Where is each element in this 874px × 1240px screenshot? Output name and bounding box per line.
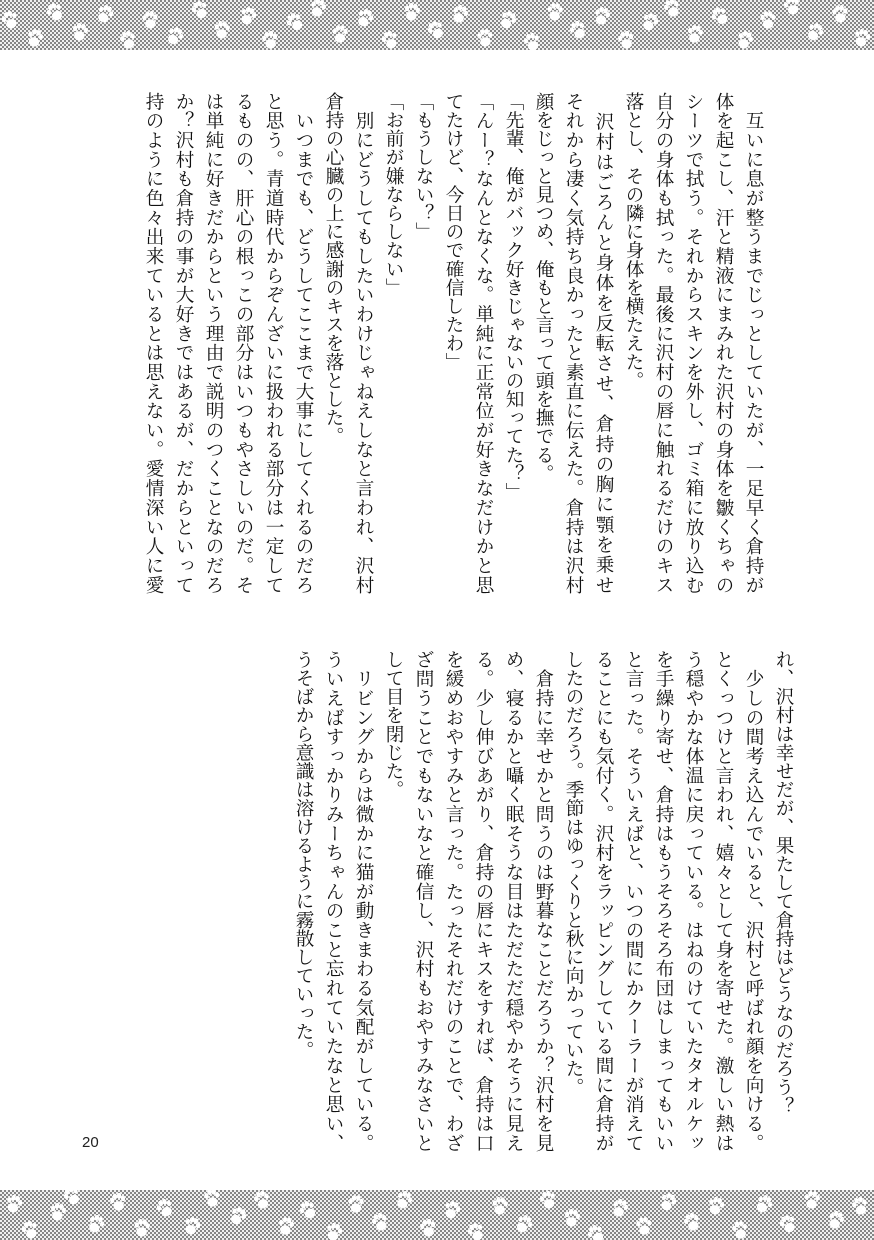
text-line: それから凄く気持ち良かったと素直に伝えた。倉持は沢村の xyxy=(558,92,588,594)
text-line: を手繰り寄せ、倉持はもうそろそろ布団はしまってもいいな xyxy=(648,650,678,1152)
text-line: 倉持の心臓の上に感謝のキスを落とした。 xyxy=(318,92,348,594)
text-line: ういえばすっかりみーちゃんのこと忘れていたなと思い、思 xyxy=(318,650,348,1152)
text-line: ざ問うことでもないなと確信し、沢村もおやすみなさいと返 xyxy=(408,650,438,1152)
bottom-paw-print-border xyxy=(0,1190,874,1240)
text-line: 互いに息が整うまでじっとしていたが、一足早く倉持が身 xyxy=(738,92,768,594)
dialogue-line: 「先輩、俺がバック好きじゃないの知ってた？」 xyxy=(498,92,528,594)
text-line: 持のように色々出来ているとは思えない。愛情深い人に愛さ xyxy=(138,92,168,594)
text-line: 自分の身体も拭った。最後に沢村の唇に触れるだけのキスを xyxy=(648,92,678,594)
text-line: か？沢村も倉持の事が大好きではあるが、だからといって倉 xyxy=(168,92,198,594)
text-line: は単純に好きだからという理由で説明のつくことなのだろう xyxy=(198,92,228,594)
page-number: 20 xyxy=(82,1134,99,1151)
top-paw-print-border xyxy=(0,0,874,50)
dialogue-line: てたけど、今日ので確信したわ」 xyxy=(438,92,468,594)
text-line: 少しの間考え込んでいると、沢村と呼ばれ顔を向ける。もっ xyxy=(738,650,768,1152)
text-line: 沢村はごろんと身体を反転させ、倉持の胸に顎を乗せる。 xyxy=(588,92,618,594)
text-line: とくっつけと言われ、嬉々として身を寄せた。激しい熱はも xyxy=(708,650,738,1152)
dialogue-line: 「んー？なんとなくな。単純に正常位が好きなだけかと思っ xyxy=(468,92,498,594)
text-line: シーツで拭う。それからスキンを外し、ゴミ箱に放り込むと xyxy=(678,92,708,594)
text-line: 倉持に幸せかと問うのは野暮なことだろうか？沢村を見つ xyxy=(528,650,558,1152)
text-line: れ、沢村は幸せだが、果たして倉持はどうなのだろう？ xyxy=(768,650,798,1152)
text-line: うそばから意識は溶けるように霧散していった。 xyxy=(288,650,318,1152)
text-line: め、寝るかと囁く眠そうな目はただただ穏やかそうに見え xyxy=(498,650,528,1152)
upper-text-block: 互いに息が整うまでじっとしていたが、一足早く倉持が身 体を起こし、汗と精液にまみ… xyxy=(138,92,768,594)
text-line: いつまでも、どうしてここまで大事にしてくれるのだろう xyxy=(288,92,318,594)
dialogue-line: 「もうしない？」 xyxy=(408,92,438,594)
text-line: と思う。青道時代からぞんざいに扱われる部分は一定してあ xyxy=(258,92,288,594)
text-line: リビングからは微かに猫が動きまわる気配がしている。そ xyxy=(348,650,378,1152)
text-line: る。少し伸びあがり、倉持の唇にキスをすれば、倉持は口元 xyxy=(468,650,498,1152)
text-line: 体を起こし、汗と精液にまみれた沢村の身体を皺くちゃの xyxy=(708,92,738,594)
paw-print-pattern-icon xyxy=(0,0,874,50)
text-line: 落とし、その隣に身体を横たえた。 xyxy=(618,92,648,594)
dialogue-line: 「お前が嫌ならしない」 xyxy=(378,92,408,594)
paw-print-pattern-icon xyxy=(0,1190,874,1240)
text-line: るものの、肝心の根っこの部分はいつもやさしいのだ。それ xyxy=(228,92,258,594)
text-line: と言った。そういえばと、いつの間にかクーラーが消えてい xyxy=(618,650,648,1152)
text-line: を緩めおやすみと言った。たったそれだけのことで、わざわ xyxy=(438,650,468,1152)
text-line: したのだろう。季節はゆっくりと秋に向かっていた。 xyxy=(558,650,588,1152)
text-line: ることにも気付く。沢村をラッピングしている間に倉持が消 xyxy=(588,650,618,1152)
lower-text-block: れ、沢村は幸せだが、果たして倉持はどうなのだろう？ 少しの間考え込んでいると、沢… xyxy=(288,650,798,1152)
text-line: う穏やかな体温に戻っている。はねのけていたタオルケット xyxy=(678,650,708,1152)
text-line: 別にどうしてもしたいわけじゃねえしなと言われ、沢村は xyxy=(348,92,378,594)
text-line: 顔をじっと見つめ、俺もと言って頭を撫でる。 xyxy=(528,92,558,594)
text-line: して目を閉じた。 xyxy=(378,650,408,1152)
